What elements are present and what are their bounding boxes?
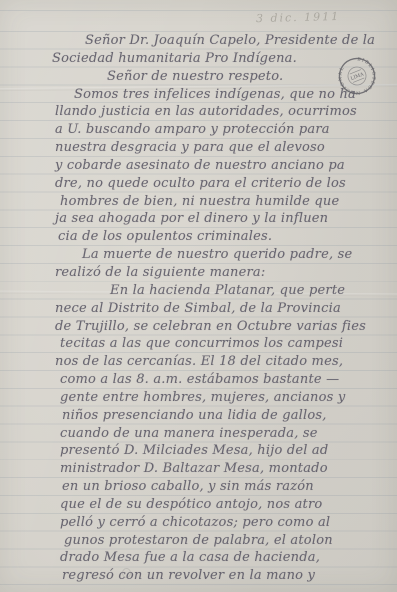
letter-line: llando justicia en las autoridades, ocur… <box>55 103 393 121</box>
letter-line: que el de su despótico antojo, nos atro <box>60 496 393 514</box>
letter-line: a U. buscando amparo y protección para <box>55 121 393 139</box>
letter-line: dre, no quede oculto para el criterio de… <box>55 175 393 193</box>
letter-line: hombres de bien, ni nuestra humilde que <box>60 193 393 211</box>
letter-line: en un brioso caballo, y sin más razón <box>62 478 393 496</box>
letter-line: Señor Dr. Joaquín Capelo, Presidente de … <box>85 32 393 50</box>
letter-body: Señor Dr. Joaquín Capelo, Presidente de … <box>52 32 393 585</box>
letter-line: cuando de una manera inesperada, se <box>60 425 393 443</box>
letter-line: cia de los opulentos criminales. <box>58 228 393 246</box>
letter-line: En la hacienda Platanar, que perte <box>110 282 393 300</box>
letter-line: nece al Distrito de Simbal, de la Provin… <box>55 300 393 318</box>
letter-line: ja sea ahogada por el dinero y la influe… <box>55 210 393 228</box>
letter-line: gente entre hombres, mujeres, ancianos y <box>60 389 393 407</box>
letter-line: y cobarde asesinato de nuestro anciano p… <box>55 157 393 175</box>
letter-line: realizó de la siguiente manera: <box>55 264 393 282</box>
letter-line: de Trujillo, se celebran en Octubre vari… <box>55 318 393 336</box>
letter-line: nuestra desgracia y para que el alevoso <box>55 139 393 157</box>
letter-line: Somos tres infelices indígenas, que no h… <box>74 86 393 104</box>
letter-line: drado Mesa fue a la casa de hacienda, <box>60 549 393 567</box>
letter-line: nos de las cercanías. El 18 del citado m… <box>55 353 393 371</box>
letter-line: gunos protestaron de palabra, el atolon <box>64 532 393 550</box>
letter-line: como a las 8. a.m. estábamos bastante — <box>60 371 393 389</box>
letter-line: regresó con un revolver en la mano y <box>62 567 393 585</box>
letter-line: tecitas a las que concurrimos los campes… <box>60 335 393 353</box>
letter-line: ministrador D. Baltazar Mesa, montado <box>60 460 393 478</box>
letter-page: 3 dic. 1911 BIBLIOTECA NACIONAL LIMA Señ… <box>0 0 397 592</box>
letter-line: La muerte de nuestro querido padre, se <box>82 246 393 264</box>
letter-line: pelló y cerró a chicotazos; pero como al <box>60 514 393 532</box>
letter-line: Señor de nuestro respeto. <box>107 68 393 86</box>
pencil-date-annotation: 3 dic. 1911 <box>256 10 341 25</box>
ink-smudge <box>122 568 131 578</box>
letter-line: niños presenciando una lidia de gallos, <box>62 407 393 425</box>
letter-line: presentó D. Milciades Mesa, hijo del ad <box>60 442 393 460</box>
letter-line: Sociedad humanitaria Pro Indígena. <box>52 50 393 68</box>
